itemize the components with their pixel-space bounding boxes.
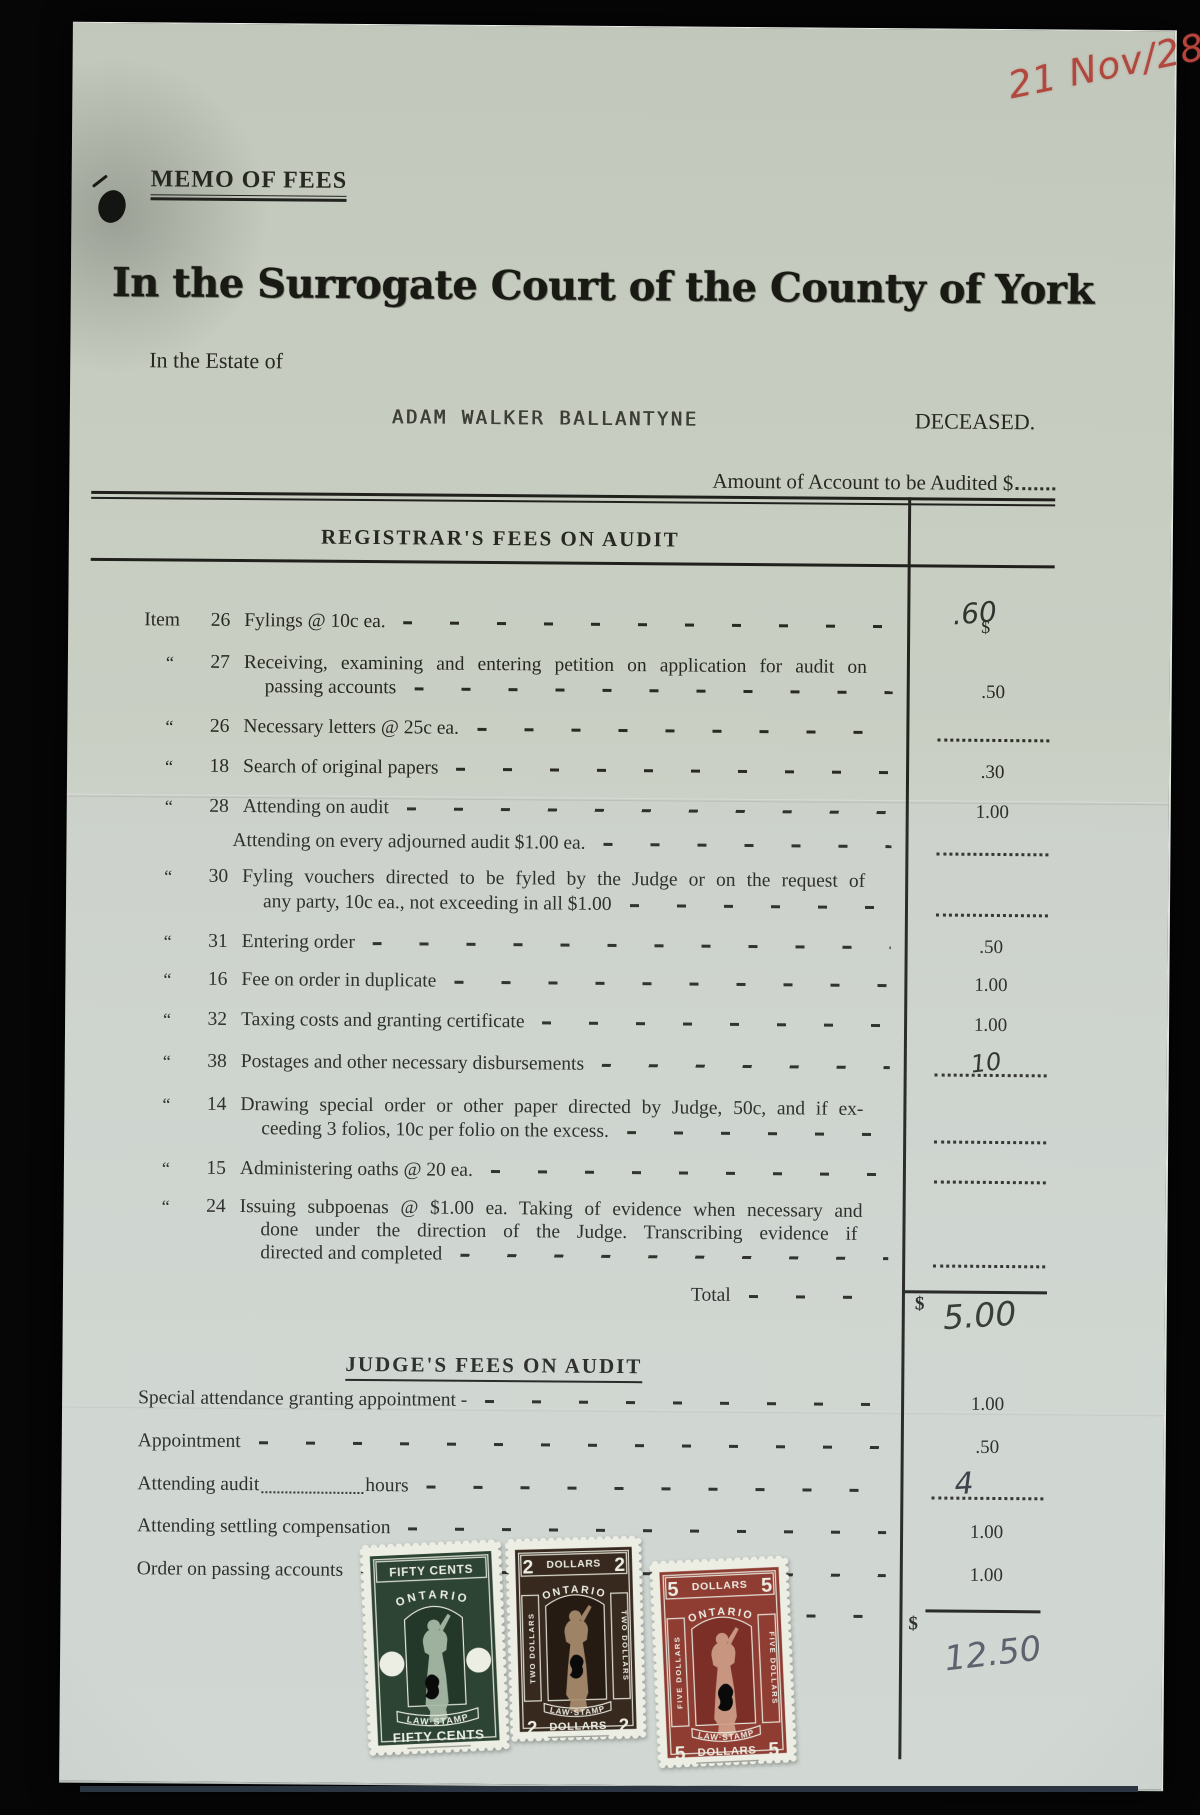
memo-title: MEMO OF FEES (151, 166, 348, 202)
blank-dotted-amount (934, 1125, 1046, 1144)
svg-text:DOLLARS: DOLLARS (692, 1579, 748, 1593)
fee-row: “15Administering oaths @ 20 ea. (140, 1153, 1050, 1190)
fee-row-continuation: any party, 10c ea., not exceeding in all… (263, 887, 1052, 923)
dash-leader (404, 621, 894, 628)
dash-leader (627, 1131, 889, 1136)
fee-row-continuation: directed and completed (260, 1238, 1049, 1274)
punch-cancel-mark (569, 1654, 584, 1678)
dash-leader (454, 980, 890, 986)
estate-name: ADAM WALKER BALLANTYNE (392, 406, 699, 430)
svg-text:5: 5 (674, 1743, 686, 1764)
svg-text:TWO DOLLARS: TWO DOLLARS (620, 1610, 631, 1681)
fee-row-continuation: passing accounts.50 (265, 672, 1054, 708)
handwritten-amount: 10 (969, 1047, 1003, 1078)
dash-leader (427, 1485, 887, 1492)
fee-row: Special attendance granting appointment … (138, 1383, 1048, 1420)
svg-text:2: 2 (614, 1554, 626, 1576)
svg-text:DOLLARS: DOLLARS (546, 1558, 601, 1570)
fee-amount: 1.00 (904, 1014, 1051, 1037)
handwritten-hours: 4 (953, 1466, 974, 1502)
fee-row: “32Taxing costs and granting certificate… (141, 1004, 1051, 1041)
svg-text:5: 5 (761, 1574, 773, 1596)
fee-amount: 1.00 (906, 801, 1053, 824)
svg-text:5: 5 (667, 1579, 679, 1601)
svg-text:DOLLARS: DOLLARS (549, 1720, 607, 1734)
blank-dotted-amount (937, 723, 1049, 742)
svg-text:5: 5 (768, 1739, 780, 1760)
deceased-label: DECEASED. (915, 408, 1036, 435)
handwritten-total: 5.00 (942, 1294, 1018, 1337)
fee-row: Attending audithours (137, 1469, 1047, 1506)
blank-dotted-amount (933, 1249, 1045, 1268)
fee-amount: .50 (905, 936, 1052, 959)
blank-dotted-line (1015, 472, 1055, 490)
blank-dotted-amount (936, 837, 1048, 856)
fee-amount: 1.00 (900, 1564, 1047, 1587)
fee-amount: .50 (907, 681, 1054, 704)
backdrop-edge (80, 1786, 1138, 1792)
dash-leader (630, 904, 891, 909)
fee-row: “31Entering order.50 (142, 926, 1052, 963)
dash-leader (749, 1295, 888, 1299)
fee-row-sub: Attending on every adjourned audit $1.00… (232, 826, 1052, 862)
fee-amount: .50 (901, 1436, 1048, 1459)
registrar-section-heading: REGISTRAR'S FEES ON AUDIT (93, 523, 908, 554)
blank-dotted-amount (935, 898, 1047, 917)
blank-dotted-amount (933, 1165, 1045, 1184)
svg-text:2: 2 (527, 1717, 538, 1738)
punch-hole (95, 187, 129, 226)
svg-text:TWO DOLLARS: TWO DOLLARS (526, 1613, 537, 1684)
dash-leader (407, 807, 892, 814)
fee-amount: 1.00 (904, 974, 1051, 997)
dash-leader (414, 687, 892, 694)
dash-leader (477, 727, 892, 733)
fee-row: Item26Fylings @ 10c ea.$ (144, 605, 1054, 642)
five-dollar-law-stamp: 5 5 DOLLARS ONTARIO FIVE DOLLARS FIVE DO… (647, 1549, 799, 1775)
currency-symbol: $ (915, 1293, 925, 1315)
dash-leader (373, 942, 891, 949)
handwritten-date: 21 Nov/28 (1004, 25, 1200, 107)
fee-row: “16Fee on order in duplicate1.00 (141, 964, 1051, 1001)
dash-leader (491, 1170, 889, 1176)
scanned-document-photo: 21 Nov/28 MEMO OF FEES In the Surrogate … (0, 0, 1200, 1815)
punch-cancel-mark (424, 1674, 440, 1699)
dash-leader (485, 1399, 887, 1405)
handwritten-grand-total: 12.50 (942, 1629, 1043, 1680)
blank-dotted-line (261, 1477, 363, 1494)
fee-row: “28Attending on audit1.00 (143, 791, 1053, 828)
currency-symbol: $ (908, 1613, 918, 1635)
svg-text:50: 50 (386, 1660, 399, 1673)
fifty-cent-law-stamp: FIFTY CENTS ONTARIO 50 50 LAW·STAMP FIFT… (356, 1537, 512, 1757)
dash-leader (460, 1253, 888, 1259)
handwritten-amount: .60 (951, 595, 998, 631)
amount-audited-label: Amount of Account to be Audited (712, 469, 997, 496)
two-dollar-law-stamp: 2 2 DOLLARS ONTARIO TWO DOLLARS TWO DOLL… (503, 1530, 648, 1748)
svg-text:2: 2 (618, 1714, 629, 1735)
estate-label: In the Estate of (149, 347, 283, 374)
court-title: In the Surrogate Court of the County of … (81, 259, 1125, 314)
fee-row: “38Postages and other necessary disburse… (141, 1046, 1051, 1083)
currency-symbol: $ (1003, 471, 1014, 496)
blank-dotted-amount (931, 1481, 1043, 1500)
fee-row: “18Search of original papers.30 (143, 751, 1053, 788)
dash-leader (602, 1063, 890, 1068)
memo-of-fees-sheet: 21 Nov/28 MEMO OF FEES In the Surrogate … (59, 22, 1177, 1792)
fee-amount: 1.00 (900, 1521, 1047, 1544)
fee-amount: .30 (906, 761, 1053, 784)
dash-leader (457, 767, 893, 773)
dash-leader (604, 842, 892, 847)
fee-row: “26Necessary letters @ 25c ea. (143, 711, 1053, 748)
fee-row: Appointment.50 (138, 1426, 1048, 1463)
svg-text:50: 50 (472, 1656, 485, 1669)
svg-text:2: 2 (522, 1556, 534, 1578)
judge-section-heading: JUDGE'S FEES ON AUDIT (86, 1350, 901, 1381)
dash-leader (543, 1021, 891, 1027)
fee-row-continuation: ceeding 3 folios, 10c per folio on the e… (261, 1114, 1050, 1150)
fee-amount: 1.00 (901, 1393, 1048, 1416)
dash-leader (409, 1527, 887, 1534)
dash-leader (259, 1441, 887, 1449)
